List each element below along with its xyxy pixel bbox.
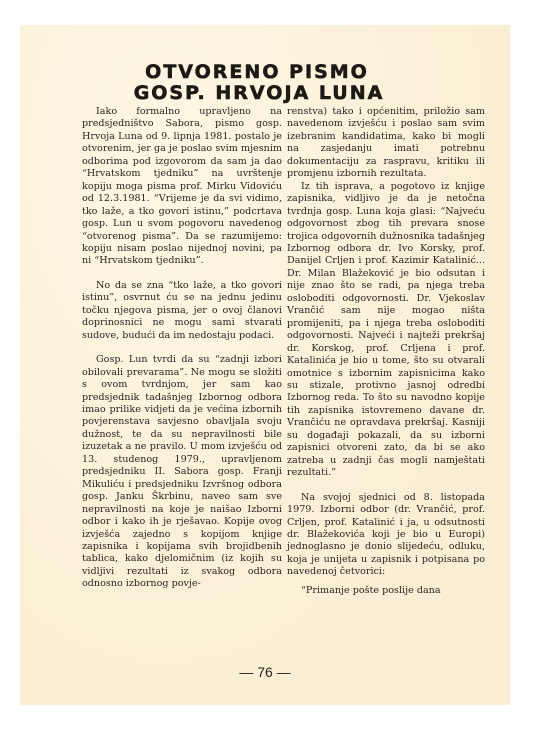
page-number: — 76 —	[20, 664, 510, 680]
title-line-2: GOSP. HRVOJA LUNA	[14, 83, 504, 103]
paragraph: Iako formalno upravljeno na predsjedništ…	[82, 106, 282, 268]
left-column: Iako formalno upravljeno na predsjedništ…	[82, 106, 282, 591]
paragraph: Na svojoj sjednici od 8. listopada 1979.…	[287, 492, 485, 579]
paragraph: Gosp. Lun tvrdi da su “zadnji izbori obi…	[82, 354, 282, 591]
paragraph: “Primanje pošte poslije dana	[287, 585, 485, 597]
paragraph: renstva) tako i općenitim, priložio sam …	[287, 106, 485, 181]
title-line-1: OTVORENO PISMO	[12, 62, 502, 82]
paragraph: No da se zna “tko laže, a tko govori ist…	[82, 280, 282, 342]
document-page: OTVORENO PISMO GOSP. HRVOJA LUNA Iako fo…	[20, 25, 510, 705]
paragraph: Iz tih isprava, a pogotovo iz knjige zap…	[287, 181, 485, 480]
right-column: renstva) tako i općenitim, priložio sam …	[287, 106, 485, 597]
